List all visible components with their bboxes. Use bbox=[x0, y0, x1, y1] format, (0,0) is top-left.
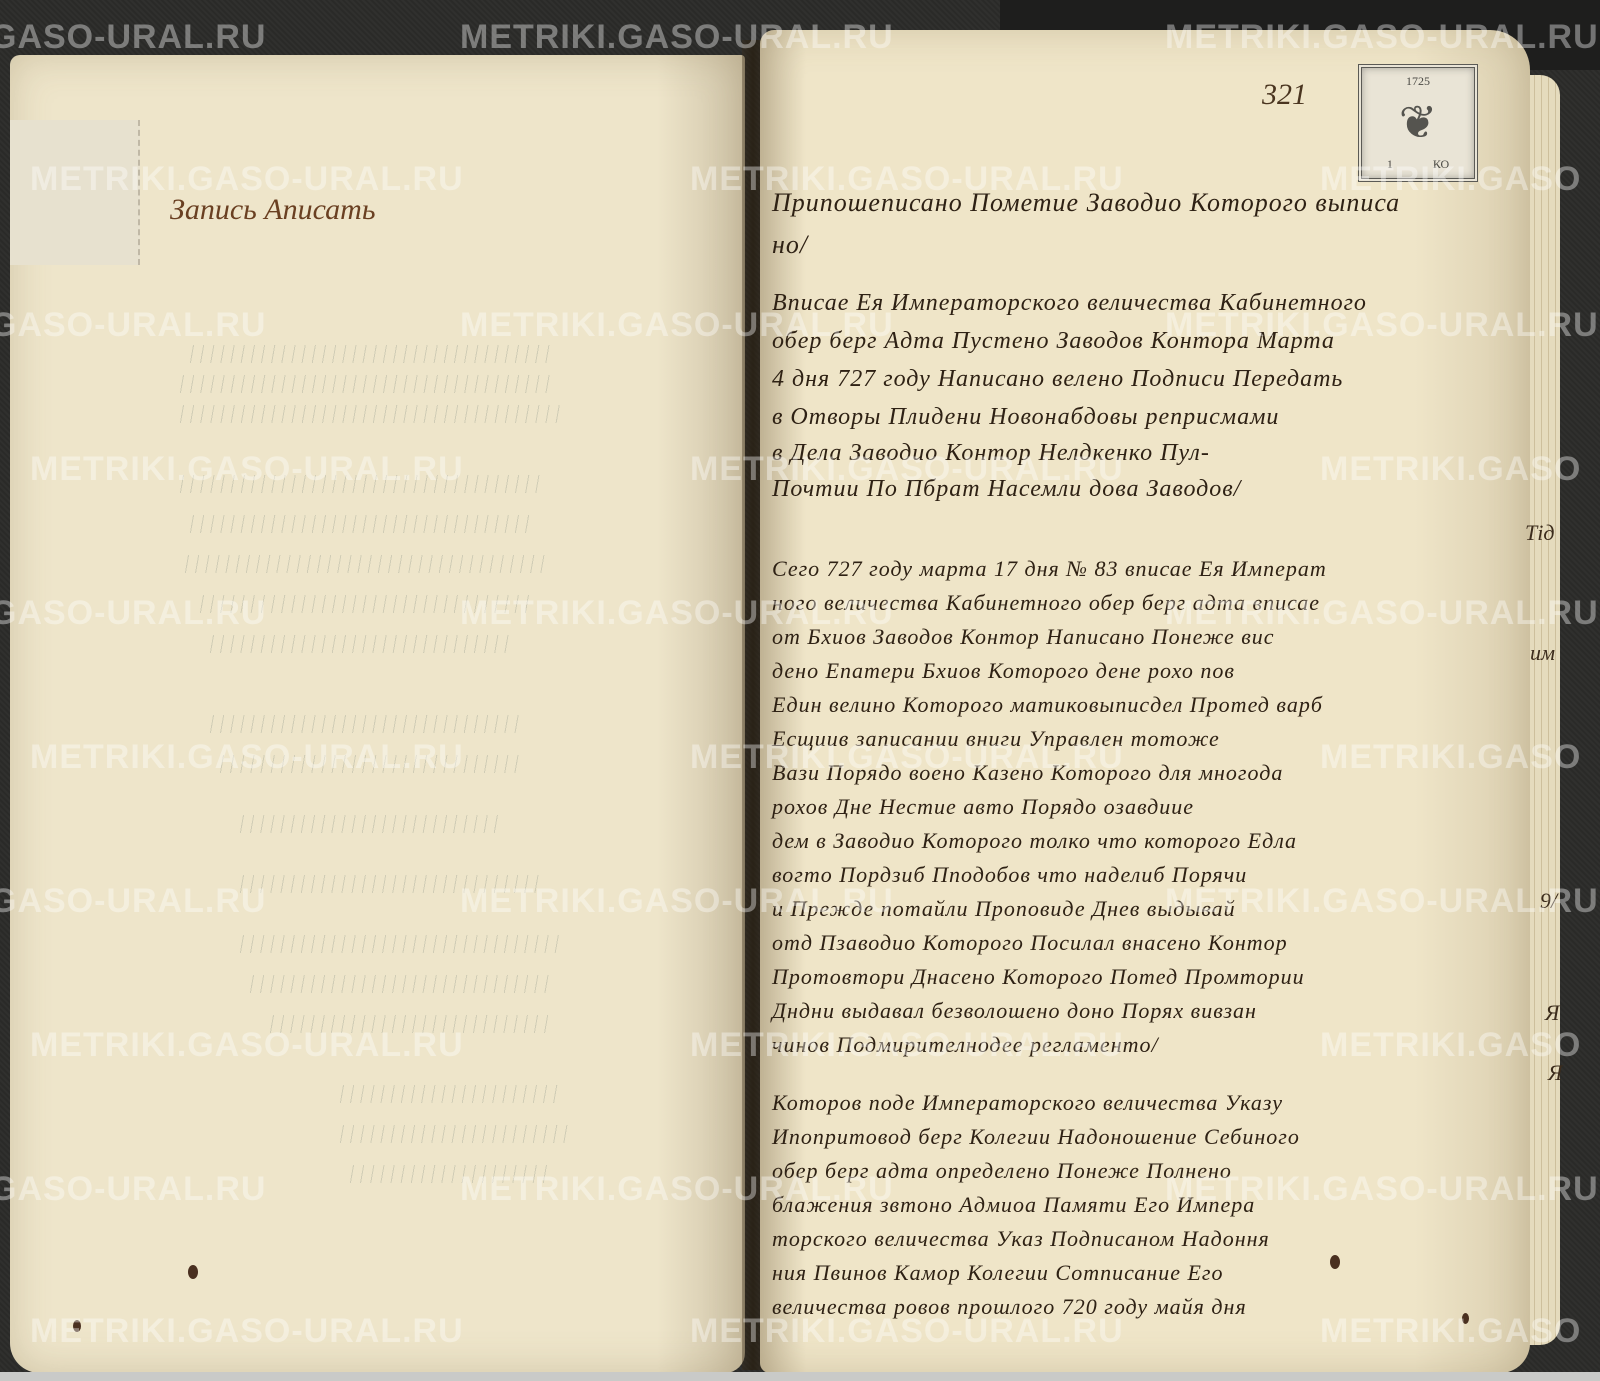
manuscript-line: в Дела Заводио Контор Нелдкенко Пул- bbox=[772, 440, 1210, 467]
stamp-denomination: 1 bbox=[1387, 157, 1393, 172]
manuscript-line: Ипопритовод берг Колегии Надоношение Себ… bbox=[772, 1124, 1300, 1150]
left-page-heading: Запись Аписать bbox=[170, 193, 376, 227]
manuscript-line: обер берг Адта Пустено Заводов Контора М… bbox=[772, 328, 1335, 355]
manuscript-line: дено Епатери Бхиов Которого дене рохо по… bbox=[772, 658, 1235, 684]
manuscript-line: 4 дня 727 году Написано велено Подписи П… bbox=[772, 366, 1343, 393]
bleed-through-line bbox=[350, 1165, 550, 1183]
manuscript-line: отд Пзаводио Которого Посилал внасено Ко… bbox=[772, 930, 1288, 956]
manuscript-line: Вази Порядо воено Казено Которого для мн… bbox=[772, 760, 1283, 786]
bleed-through-line bbox=[200, 595, 530, 613]
manuscript-line: Протовтори Днасено Которого Потед Промто… bbox=[772, 964, 1305, 990]
bleed-through-line bbox=[240, 875, 540, 893]
bleed-through-line bbox=[180, 375, 550, 393]
manuscript-line: обер берг адта определено Понеже Полнено bbox=[772, 1158, 1232, 1184]
manuscript-line: вогто Пордзиб Пподобов что наделиб Поряч… bbox=[772, 862, 1247, 888]
manuscript-line: ного величества Кабинетного обер берг ад… bbox=[772, 590, 1320, 616]
ink-blot bbox=[1462, 1313, 1469, 1324]
paper-repair-patch bbox=[10, 120, 140, 265]
manuscript-line: величества ровов прошлого 720 году майя … bbox=[772, 1294, 1247, 1320]
bleed-through-line bbox=[190, 345, 550, 363]
manuscript-line: Сего 727 году марта 17 дня № 83 вписае Е… bbox=[772, 556, 1327, 582]
bleed-through-line bbox=[210, 635, 510, 653]
manuscript-line: но/ bbox=[772, 230, 808, 260]
margin-mark: Я bbox=[1545, 1000, 1559, 1026]
manuscript-line: рохов Дне Нестие авто Порядо озавдиие bbox=[772, 794, 1194, 820]
bleed-through-line bbox=[180, 475, 540, 493]
left-page: Запись Аписать bbox=[10, 55, 745, 1373]
manuscript-line: блажения звтоно Адмиоа Памяти Его Импера bbox=[772, 1192, 1255, 1218]
margin-mark: им bbox=[1530, 640, 1555, 666]
margin-mark: 9/ bbox=[1540, 888, 1557, 914]
manuscript-line: от Бхиов Заводов Контор Написано Понеже … bbox=[772, 624, 1275, 650]
manuscript-line: ния Пвинов Камор Колегии Сотписание Его bbox=[772, 1260, 1224, 1286]
bleed-through-line bbox=[185, 555, 545, 573]
bleed-through-line bbox=[240, 815, 500, 833]
manuscript-line: и Прежде потайли Проповиде Днев выдывай bbox=[772, 896, 1236, 922]
manuscript-line: в Отворы Плидени Новонабдовы реприсмами bbox=[772, 404, 1279, 431]
manuscript-line: чинов Подмирителнодее регламенто/ bbox=[772, 1032, 1159, 1058]
manuscript-line: торского величества Указ Подписаном Надо… bbox=[772, 1226, 1270, 1252]
ink-blot bbox=[188, 1265, 198, 1279]
bleed-through-line bbox=[220, 755, 520, 773]
bleed-through-line bbox=[340, 1125, 570, 1143]
stamp-year: 1725 bbox=[1406, 74, 1430, 89]
manuscript-line: Припошеписано Пометие Заводио Которого в… bbox=[772, 188, 1400, 218]
manuscript-line: Вписае Ея Императорского величества Каби… bbox=[772, 290, 1367, 317]
bleed-through-line bbox=[340, 1085, 560, 1103]
scan-bottom-border bbox=[0, 1372, 1600, 1381]
stamp-footer: 1 КО bbox=[1387, 157, 1449, 172]
manuscript-line: дем в Заводио Которого толко что которог… bbox=[772, 828, 1297, 854]
manuscript-line: Которов поде Императорского величества У… bbox=[772, 1090, 1283, 1116]
stamp-unit: КО bbox=[1433, 157, 1449, 172]
bleed-through-line bbox=[190, 515, 530, 533]
manuscript-line: Почтии По Пбрат Насемли дова Заводов/ bbox=[772, 476, 1241, 503]
ink-blot bbox=[1330, 1255, 1340, 1269]
stamp-duty-mark: 1725 ❦ 1 КО bbox=[1358, 64, 1478, 182]
bleed-through-line bbox=[210, 715, 520, 733]
folio-number: 321 bbox=[1262, 78, 1307, 112]
bleed-through-line bbox=[180, 405, 560, 423]
manuscript-line: Един велино Которого матиковыписдел Прот… bbox=[772, 692, 1323, 718]
double-headed-eagle-icon: ❦ bbox=[1399, 100, 1438, 146]
ink-blot bbox=[73, 1320, 81, 1332]
bleed-through-line bbox=[270, 1015, 550, 1033]
manuscript-line: Есщиив записании вниги Управлен тотоже bbox=[772, 726, 1220, 752]
margin-mark: Я bbox=[1548, 1060, 1562, 1086]
margin-mark: Тід bbox=[1525, 520, 1554, 546]
bleed-through-line bbox=[240, 935, 560, 953]
manuscript-line: Дндни выдавал безволошено доно Порях вив… bbox=[772, 998, 1257, 1024]
bleed-through-line bbox=[250, 975, 550, 993]
